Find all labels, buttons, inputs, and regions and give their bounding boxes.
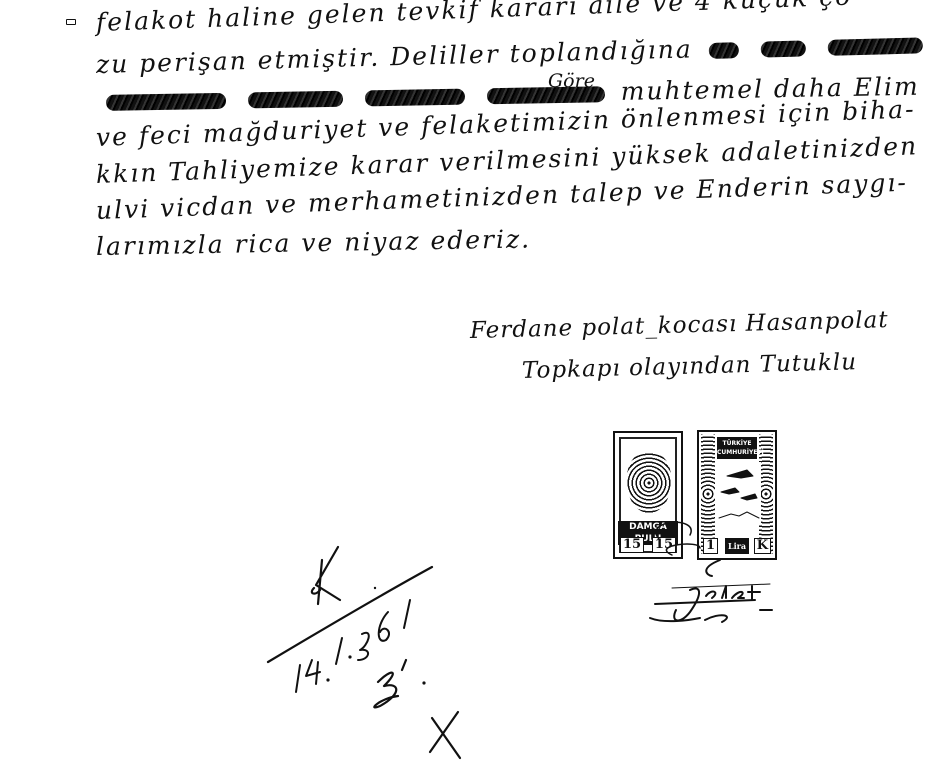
cross-mark <box>430 712 460 758</box>
initial-k <box>312 547 340 604</box>
document-page: felakot haline gelen tevkif kararı aile … <box>0 0 945 773</box>
signature-icon <box>650 584 772 622</box>
handwritten-marks <box>0 0 945 773</box>
date-annotation <box>296 600 410 692</box>
initial-z <box>374 660 406 707</box>
cancellation-scrawl <box>656 522 700 555</box>
